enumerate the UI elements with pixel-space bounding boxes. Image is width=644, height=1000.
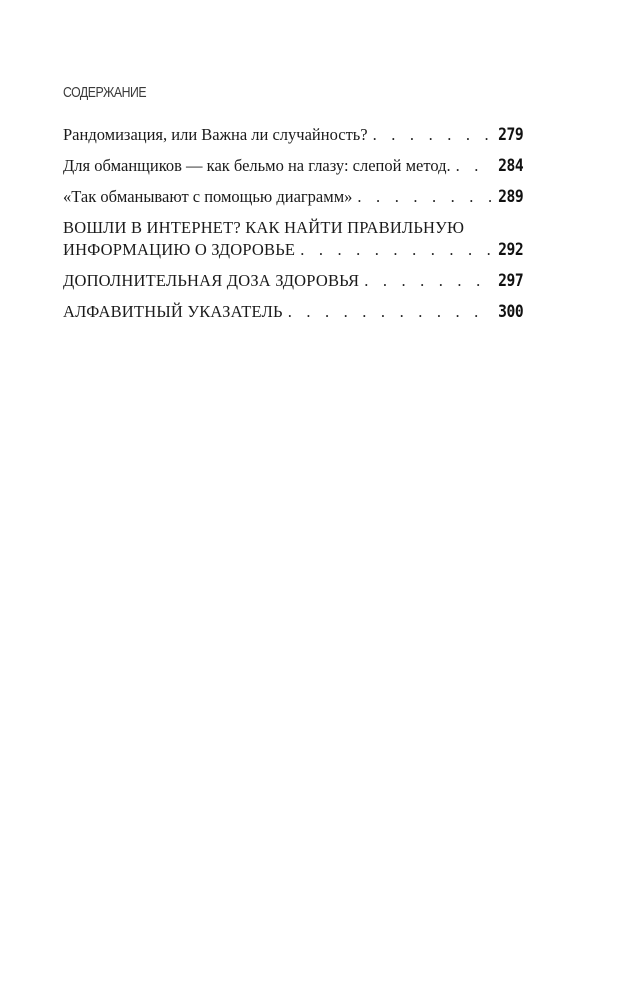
toc-entry-title: «Так обманывают с помощью диаграмм» xyxy=(63,186,352,208)
toc-page-number: 284 xyxy=(498,155,523,177)
toc-entry-line: ДОПОЛНИТЕЛЬНАЯ ДОЗА ЗДОРОВЬЯ . . . . . .… xyxy=(63,270,523,292)
toc-entry-title-line1: ВОШЛИ В ИНТЕРНЕТ? КАК НАЙТИ ПРАВИЛЬНУЮ xyxy=(63,217,464,239)
toc-entry-blind-method[interactable]: Для обманщиков — как бельмо на глазу: сл… xyxy=(63,155,523,177)
toc-page-number: 292 xyxy=(498,239,523,261)
toc-entry-line-1: ВОШЛИ В ИНТЕРНЕТ? КАК НАЙТИ ПРАВИЛЬНУЮ xyxy=(63,217,523,239)
toc-entry-alphabetical-index[interactable]: АЛФАВИТНЫЙ УКАЗАТЕЛЬ . . . . . . . . . .… xyxy=(63,301,523,323)
toc-entry-line: АЛФАВИТНЫЙ УКАЗАТЕЛЬ . . . . . . . . . .… xyxy=(63,301,523,323)
toc-entry-internet-health-info[interactable]: ВОШЛИ В ИНТЕРНЕТ? КАК НАЙТИ ПРАВИЛЬНУЮ И… xyxy=(63,217,523,261)
book-page: СОДЕРЖАНИЕ Рандомизация, или Важна ли сл… xyxy=(0,0,644,1000)
dot-leader: . . . . . . . . . . . . . . . . . . . . … xyxy=(283,301,494,323)
toc-entry-title: Рандомизация, или Важна ли случайность? xyxy=(63,124,368,146)
toc-entry-diagrams[interactable]: «Так обманывают с помощью диаграмм» . . … xyxy=(63,186,523,208)
toc-entry-title-line2: ИНФОРМАЦИЮ О ЗДОРОВЬЕ xyxy=(63,239,295,261)
toc-entry-randomization[interactable]: Рандомизация, или Важна ли случайность? … xyxy=(63,124,523,146)
toc-entry-line: «Так обманывают с помощью диаграмм» . . … xyxy=(63,186,523,208)
dot-leader: . . . . . . . . . . . . . . . . . . . . … xyxy=(368,124,494,146)
toc-entry-title: АЛФАВИТНЫЙ УКАЗАТЕЛЬ xyxy=(63,301,283,323)
dot-leader: . . . . . . . . . . . . . . . . . . . . … xyxy=(352,186,493,208)
toc-entry-title: Для обманщиков — как бельмо на глазу: сл… xyxy=(63,155,451,177)
toc-page-number: 297 xyxy=(498,270,523,292)
toc-page-number: 289 xyxy=(498,186,523,208)
table-of-contents: Рандомизация, или Важна ли случайность? … xyxy=(63,124,523,332)
toc-entry-line: Рандомизация, или Важна ли случайность? … xyxy=(63,124,523,146)
dot-leader: . . . . . . . . . . . . . . . . . . . . … xyxy=(359,270,494,292)
toc-entry-line: Для обманщиков — как бельмо на глазу: сл… xyxy=(63,155,523,177)
toc-page-number: 300 xyxy=(498,301,523,323)
dot-leader: . . . . . . . . . . . . . . . . . . . . … xyxy=(451,155,494,177)
toc-entry-title: ДОПОЛНИТЕЛЬНАЯ ДОЗА ЗДОРОВЬЯ xyxy=(63,270,359,292)
toc-entry-extra-health-dose[interactable]: ДОПОЛНИТЕЛЬНАЯ ДОЗА ЗДОРОВЬЯ . . . . . .… xyxy=(63,270,523,292)
section-title: СОДЕРЖАНИЕ xyxy=(63,84,146,101)
dot-leader: . . . . . . . . . . . . . . . . . . . . … xyxy=(295,239,494,261)
toc-entry-line-2: ИНФОРМАЦИЮ О ЗДОРОВЬЕ . . . . . . . . . … xyxy=(63,239,523,261)
toc-page-number: 279 xyxy=(498,124,523,146)
